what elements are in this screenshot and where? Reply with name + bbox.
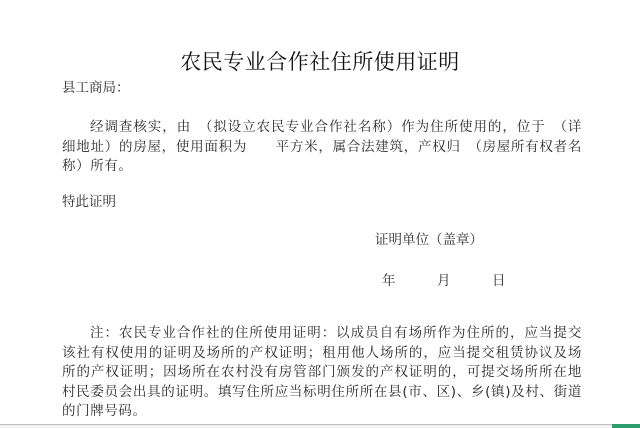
month-label: 月 [437, 269, 451, 289]
year-label: 年 [382, 269, 396, 289]
document-title: 农民专业合作社住所使用证明 [0, 46, 640, 76]
day-label: 日 [492, 269, 506, 289]
green-accent-bar [612, 424, 640, 428]
signature-unit-label: 证明单位（盖章） [375, 231, 483, 251]
document-page: 农民专业合作社住所使用证明 县工商局： 经调查核实，由 （拟设立农民专业合作社名… [0, 0, 640, 424]
signature-date: 年 月 日 [380, 269, 510, 289]
closing-text: 特此证明 [62, 193, 116, 213]
body-paragraph: 经调查核实，由 （拟设立农民专业合作社名称）作为住所使用的，位于 （详细地址）的… [62, 118, 582, 177]
addressee: 县工商局： [62, 79, 130, 99]
note-paragraph: 注：农民专业合作社的住所使用证明：以成员自有场所作为住所的，应当提交该社有权使用… [62, 324, 582, 422]
